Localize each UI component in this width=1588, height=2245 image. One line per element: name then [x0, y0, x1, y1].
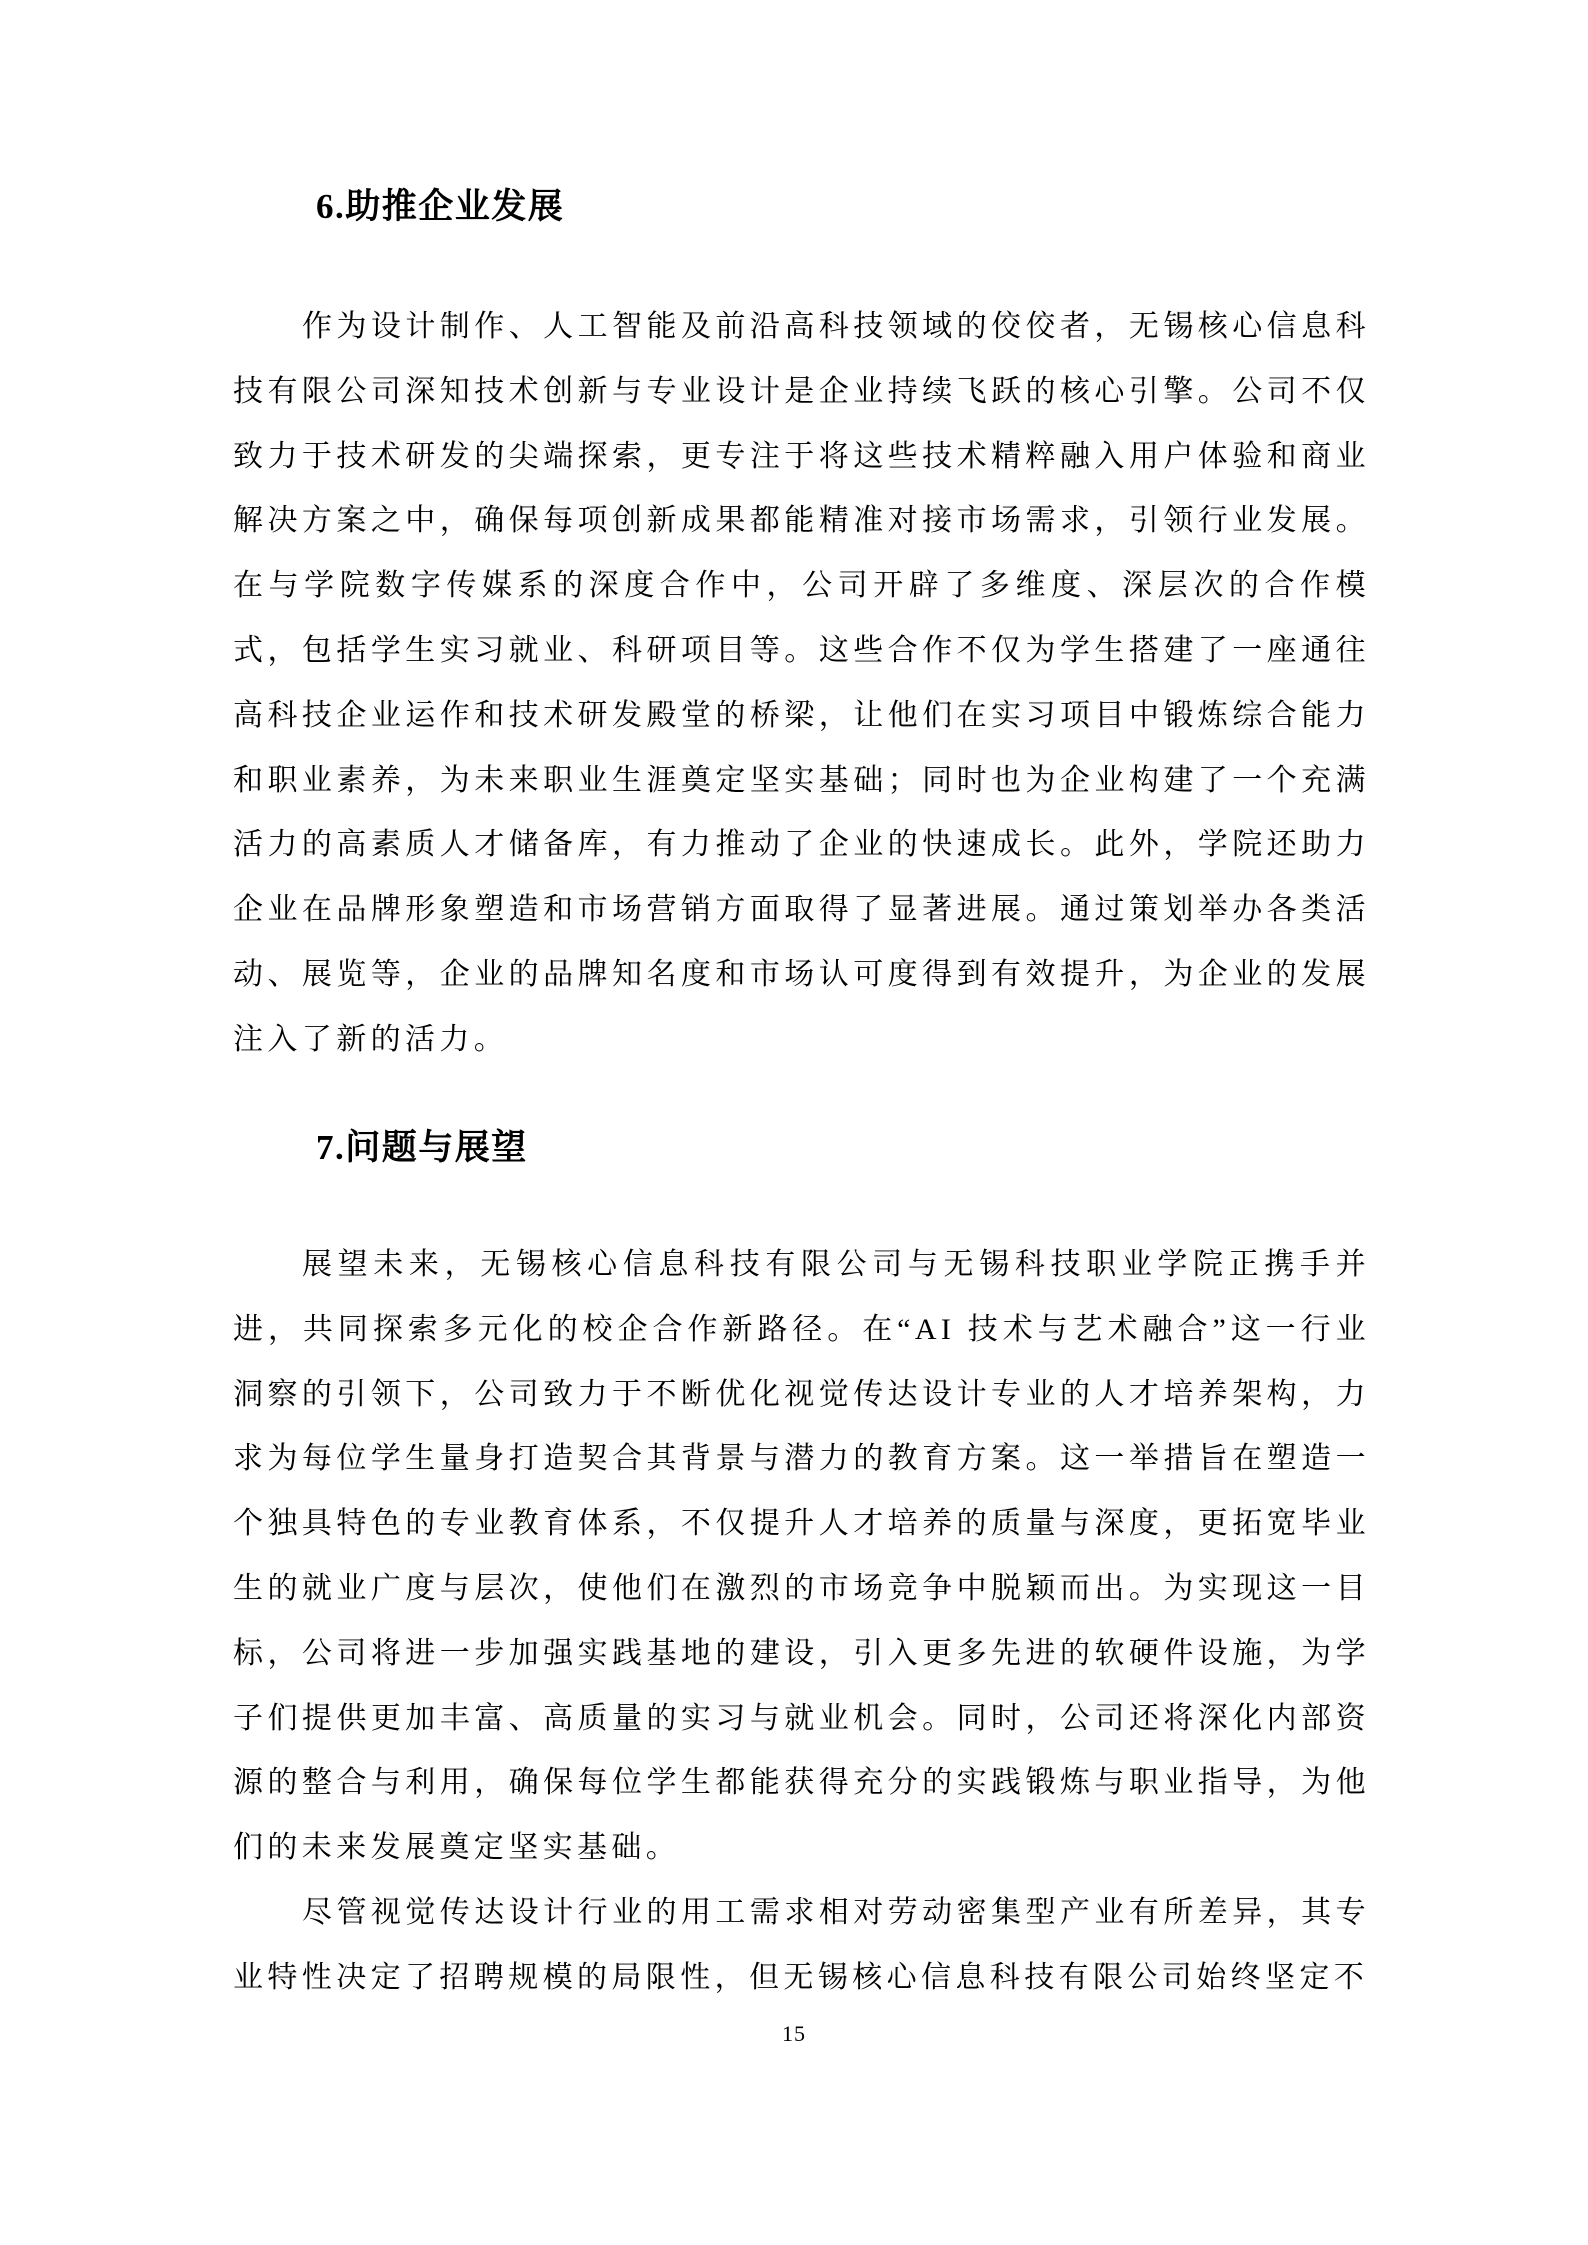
section-6-body: 作为设计制作、人工智能及前沿高科技领域的佼佼者，无锡核心信息科技有限公司深知技术… — [233, 295, 1370, 1073]
section-6-paragraph: 作为设计制作、人工智能及前沿高科技领域的佼佼者，无锡核心信息科技有限公司深知技术… — [233, 295, 1370, 1073]
section-6-heading: 6.助推企业发展 — [316, 189, 564, 224]
document-page: 6.助推企业发展 作为设计制作、人工智能及前沿高科技领域的佼佼者，无锡核心信息科… — [0, 0, 1588, 2245]
page-number: 15 — [0, 2019, 1588, 2049]
section-7-paragraph-2: 尽管视觉传达设计行业的用工需求相对劳动密集型产业有所差异，其专业特性决定了招聘规… — [233, 1881, 1370, 2011]
section-7-paragraph-1: 展望未来，无锡核心信息科技有限公司与无锡科技职业学院正携手并进，共同探索多元化的… — [233, 1233, 1370, 1881]
section-7-heading: 7.问题与展望 — [316, 1130, 528, 1165]
section-7-body: 展望未来，无锡核心信息科技有限公司与无锡科技职业学院正携手并进，共同探索多元化的… — [233, 1233, 1370, 2011]
